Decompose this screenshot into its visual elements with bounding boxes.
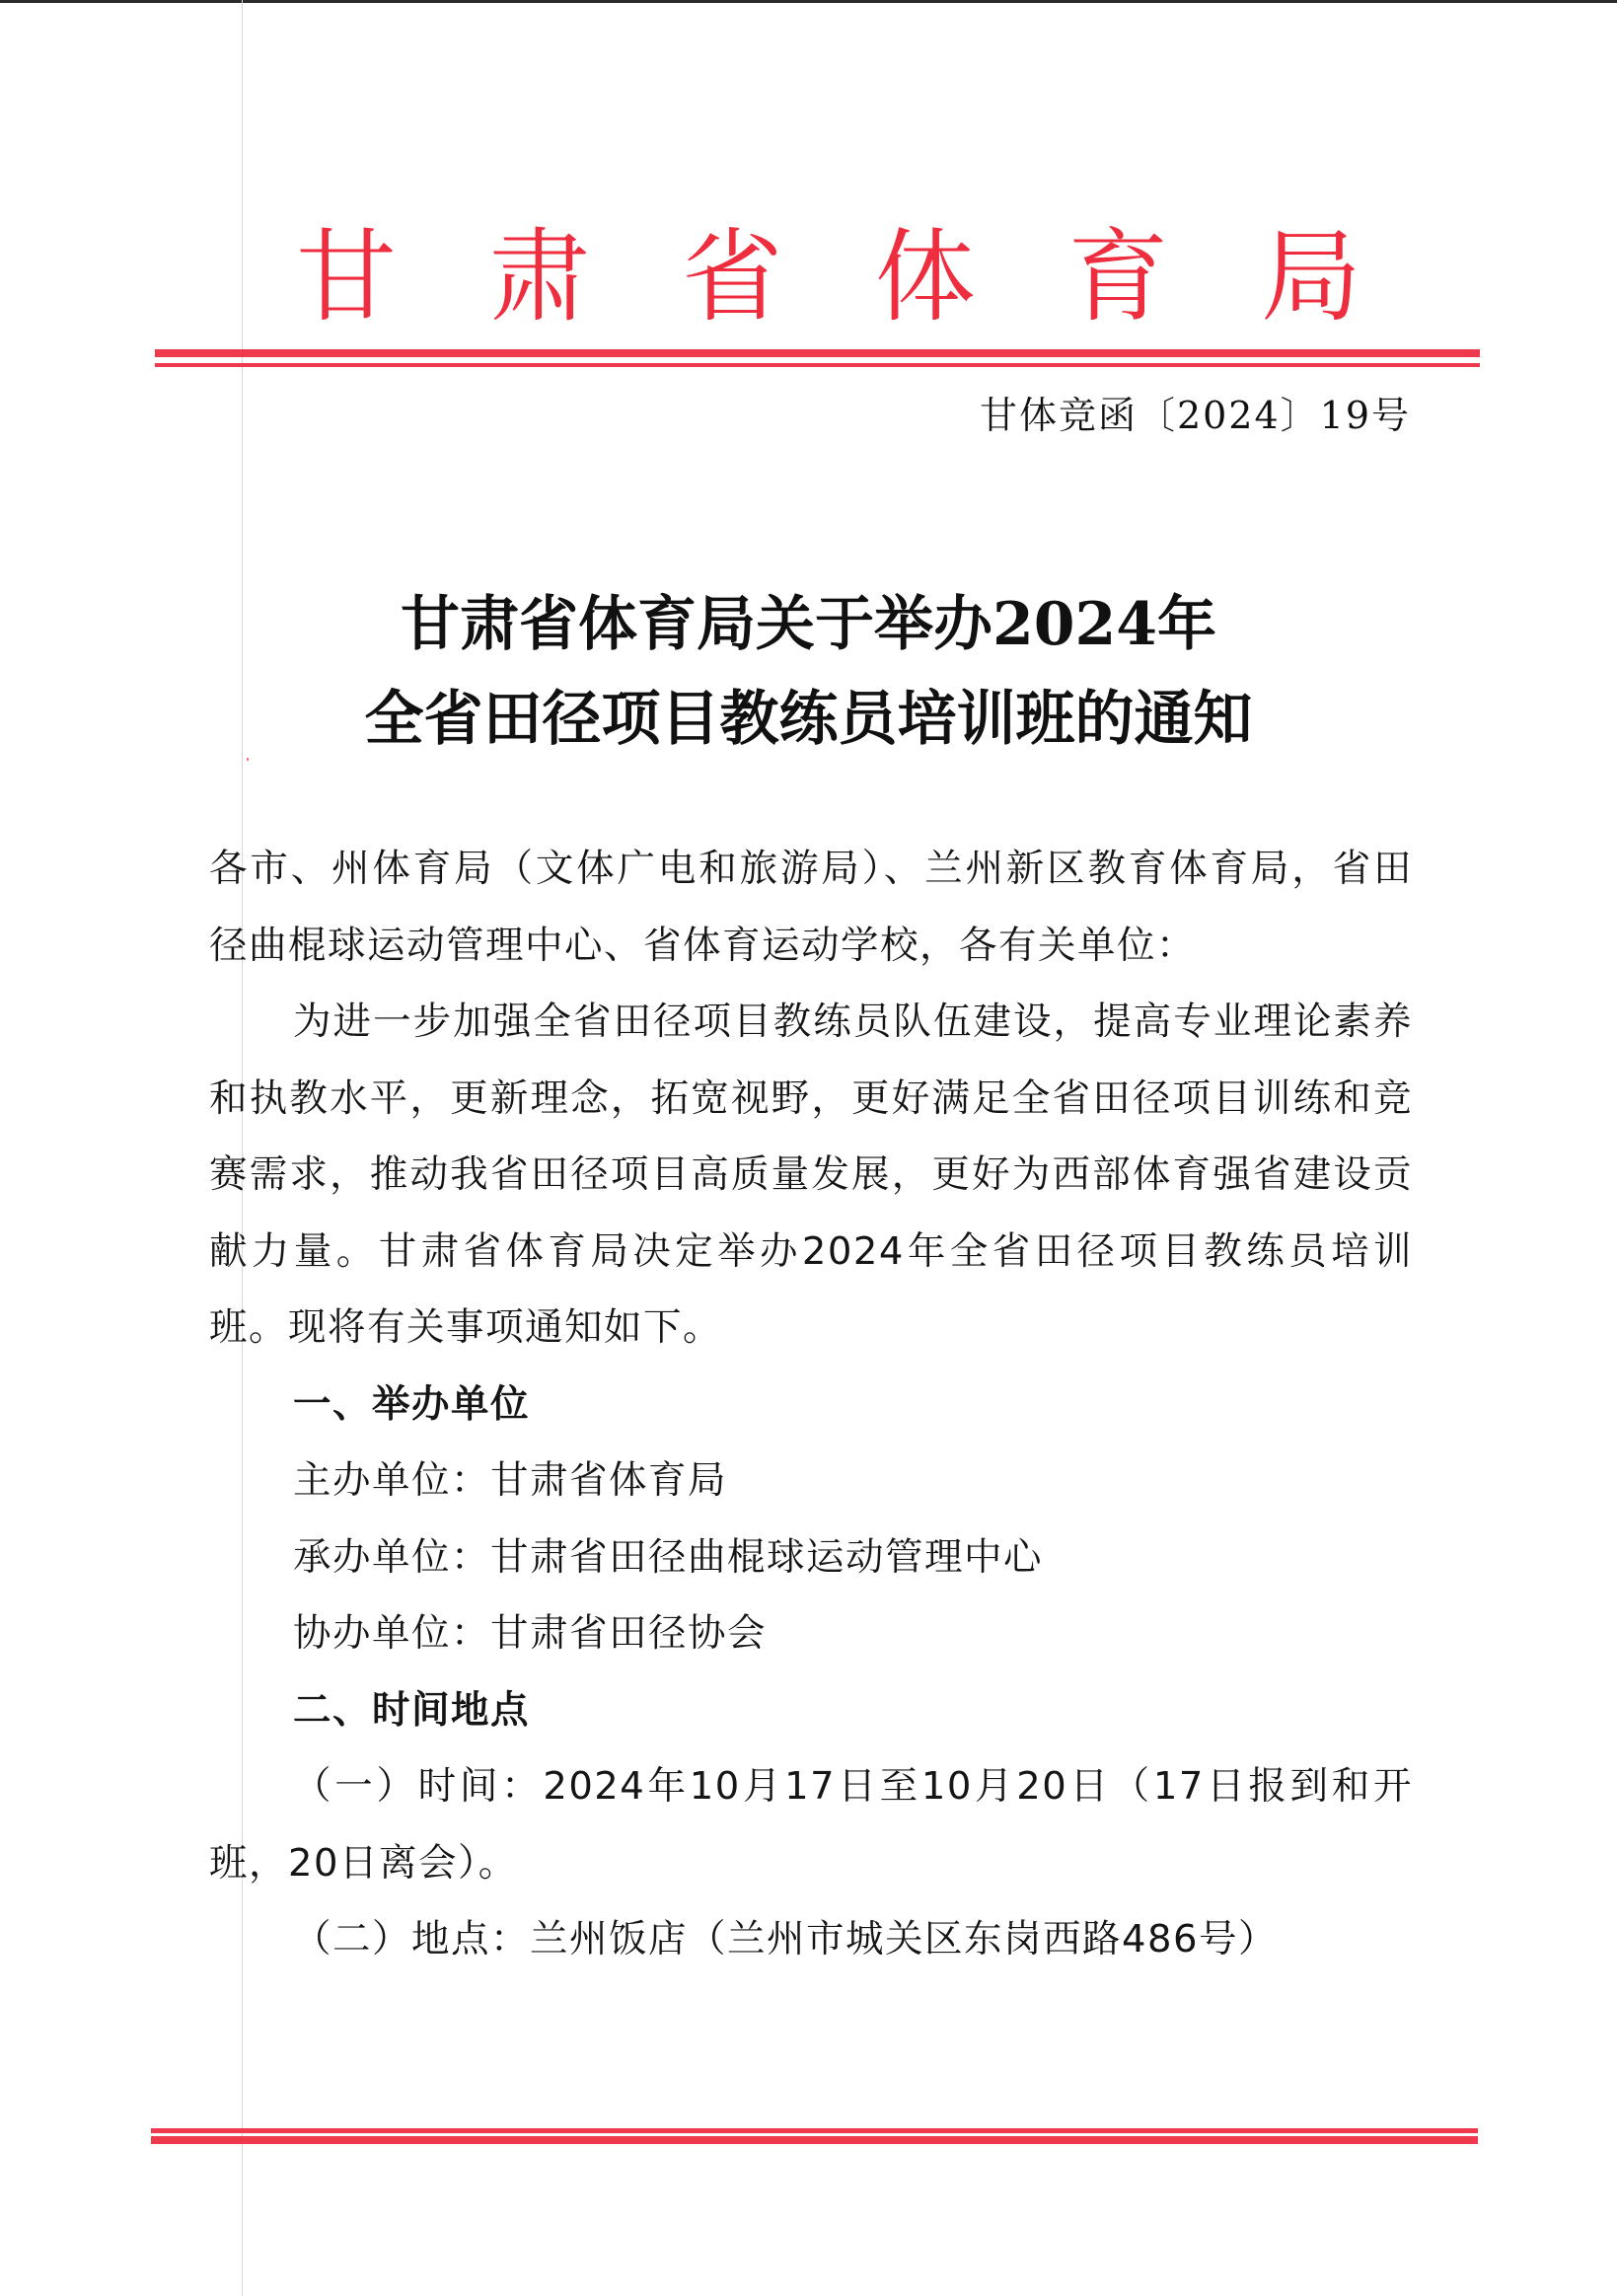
title-line-2: 全省田径项目教练员培训班的通知 [0, 672, 1617, 767]
document-number: 甘体竞函〔2024〕19号 [980, 391, 1411, 440]
addressees: 各市、州体育局（文体广电和旅游局）、兰州新区教育体育局，省田径曲棍球运动管理中心… [209, 831, 1413, 984]
section-item: （一）时间：2024年10月17日至10月20日（17日报到和开班，20日离会）… [209, 1748, 1413, 1901]
intro-paragraph: 为进一步加强全省田径项目教练员队伍建设，提高专业理论素养和执教水平，更新理念，拓… [209, 984, 1413, 1367]
masthead-char: 育 [1067, 219, 1168, 337]
header-rule-thin [155, 363, 1480, 367]
section-item: 主办单位：甘肃省体育局 [209, 1443, 1413, 1519]
footer-rule-thick [151, 2136, 1478, 2144]
title-line-1: 甘肃省体育局关于举办2024年 [0, 577, 1617, 672]
header-rule-thick [155, 349, 1480, 357]
masthead-char: 体 [875, 219, 976, 337]
masthead-title: 甘 肃 省 体 育 局 [296, 219, 1361, 337]
masthead-char: 局 [1261, 219, 1361, 337]
masthead-char: 省 [682, 219, 782, 337]
section-heading: 一、举办单位 [209, 1367, 1413, 1444]
scan-speck [247, 758, 249, 761]
section-item: （二）地点：兰州饭店（兰州市城关区东岗西路486号） [209, 1901, 1413, 1978]
masthead-char: 肃 [489, 219, 590, 337]
footer-rule-thin [151, 2128, 1478, 2133]
section-item: 协办单位：甘肃省田径协会 [209, 1595, 1413, 1672]
document-title: 甘肃省体育局关于举办2024年 全省田径项目教练员培训班的通知 [0, 577, 1617, 767]
section-heading: 二、时间地点 [209, 1672, 1413, 1749]
section-item: 承办单位：甘肃省田径曲棍球运动管理中心 [209, 1519, 1413, 1596]
document-body: 各市、州体育局（文体广电和旅游局）、兰州新区教育体育局，省田径曲棍球运动管理中心… [209, 831, 1413, 1978]
masthead-char: 甘 [296, 219, 397, 337]
